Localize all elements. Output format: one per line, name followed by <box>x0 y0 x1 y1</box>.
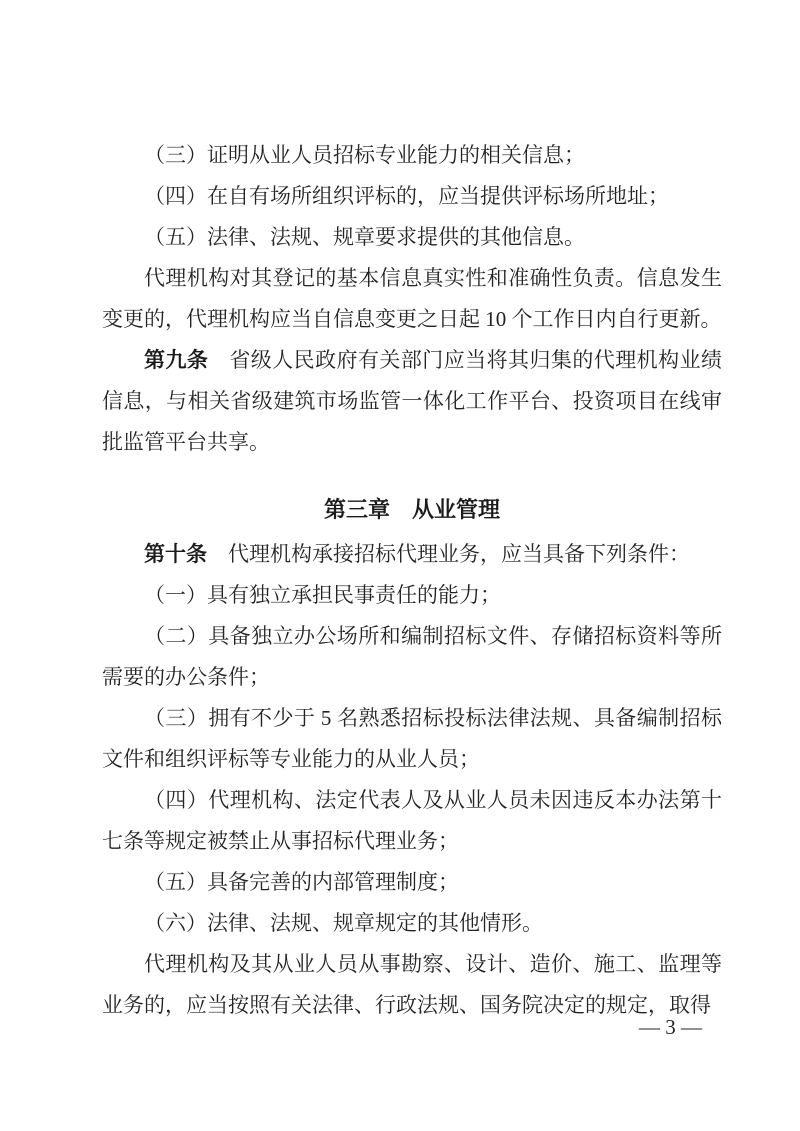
page-number: — 3 — <box>102 1012 702 1042</box>
document-text-block: （三）证明从业人员招标专业能力的相关信息； （四）在自有场所组织评标的，应当提供… <box>102 135 722 1026</box>
condition-item-1: （一）具有独立承担民事责任的能力； <box>102 575 722 616</box>
condition-item-2: （二）具备独立办公场所和编制招标文件、存储招标资料等所需要的办公条件； <box>102 616 722 698</box>
clause-item-4: （四）在自有场所组织评标的，应当提供评标场所地址； <box>102 176 722 217</box>
paragraph-article-9: 第九条省级人民政府有关部门应当将其归集的代理机构业绩信息，与相关省级建筑市场监管… <box>102 340 722 463</box>
document-page: （三）证明从业人员招标专业能力的相关信息； （四）在自有场所组织评标的，应当提供… <box>0 0 800 1131</box>
condition-item-6: （六）法律、法规、规章规定的其他情形。 <box>102 903 722 944</box>
article-9-number: 第九条 <box>144 349 208 372</box>
paragraph-info-accuracy: 代理机构对其登记的基本信息真实性和准确性负责。信息发生变更的，代理机构应当自信息… <box>102 258 722 340</box>
article-10-number: 第十条 <box>144 543 207 566</box>
clause-item-5: （五）法律、法规、规章要求提供的其他信息。 <box>102 217 722 258</box>
condition-item-4: （四）代理机构、法定代表人及从业人员未因违反本办法第十七条等规定被禁止从事招标代… <box>102 780 722 862</box>
chapter-heading: 第三章 从业管理 <box>102 489 722 530</box>
condition-item-5: （五）具备完善的内部管理制度； <box>102 862 722 903</box>
paragraph-article-10: 第十条代理机构承接招标代理业务，应当具备下列条件： <box>102 534 722 575</box>
article-10-text: 代理机构承接招标代理业务，应当具备下列条件： <box>228 542 690 566</box>
clause-item-3: （三）证明从业人员招标专业能力的相关信息； <box>102 135 722 176</box>
condition-item-3: （三）拥有不少于 5 名熟悉招标投标法律法规、具备编制招标文件和组织评标等专业能… <box>102 698 722 780</box>
